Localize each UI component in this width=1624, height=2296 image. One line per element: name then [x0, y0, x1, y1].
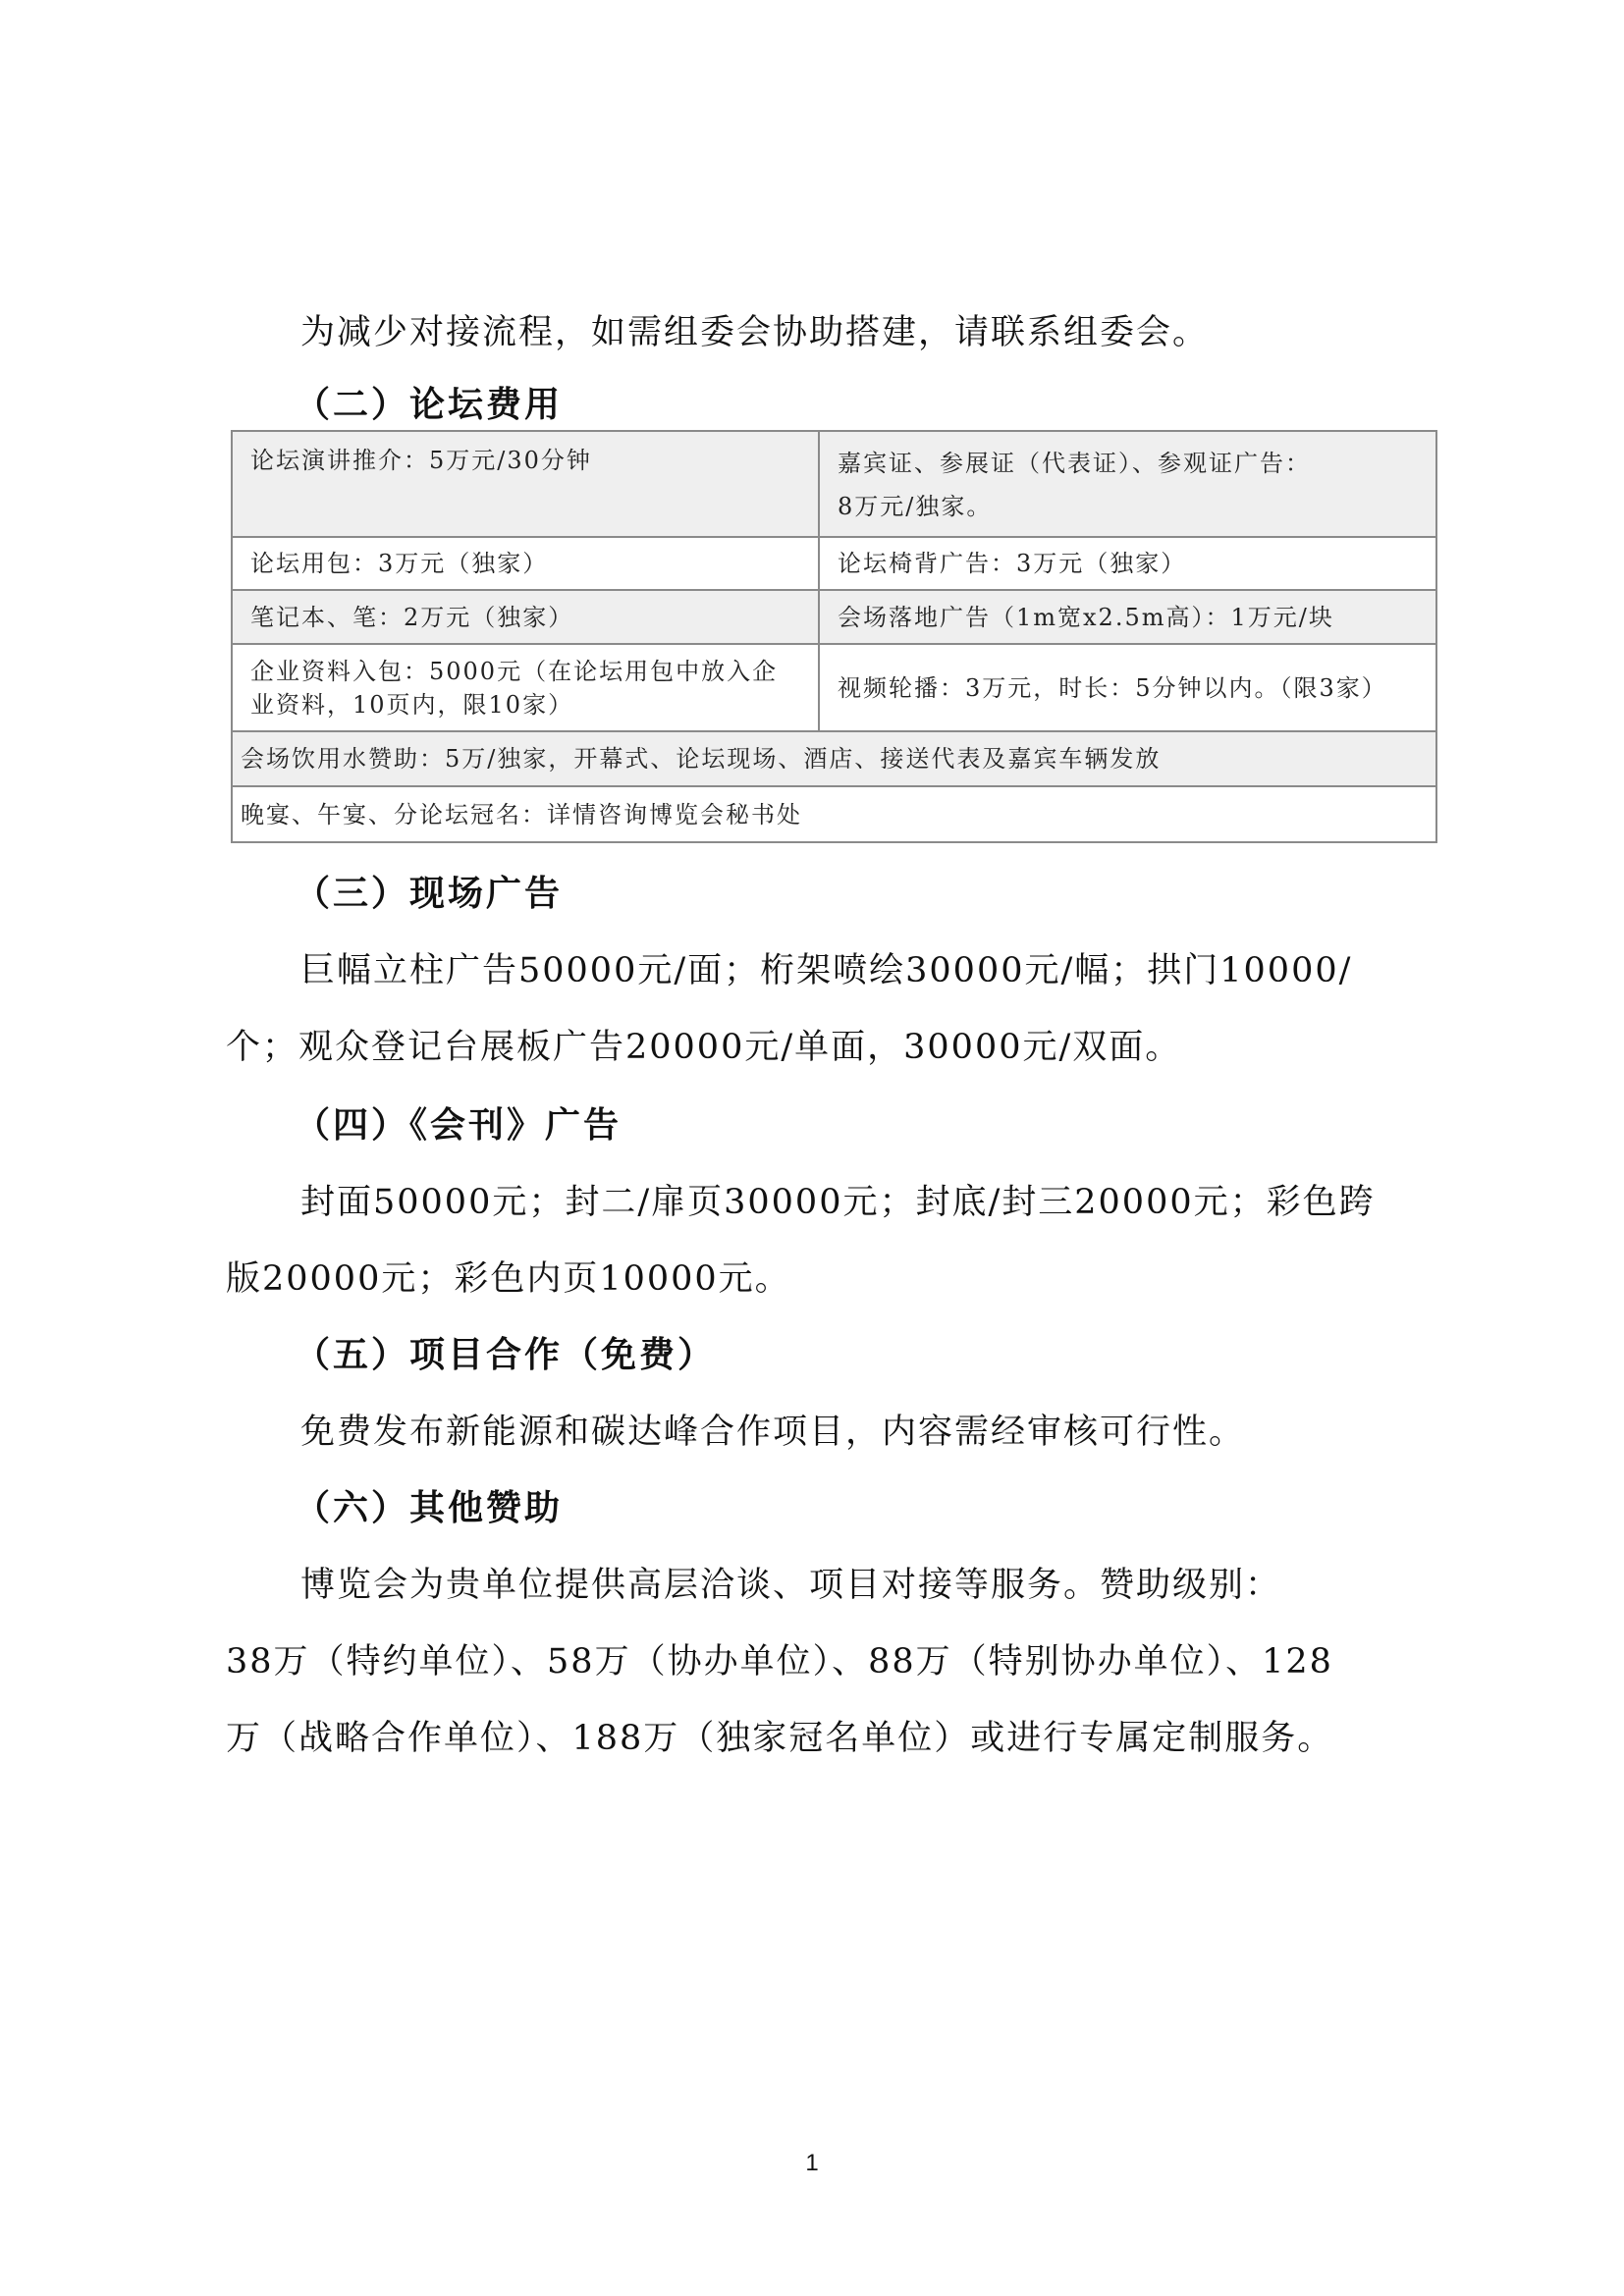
table-row: 会场饮用水赞助：5万/独家，开幕式、论坛现场、酒店、接送代表及嘉宾车辆发放	[232, 731, 1436, 786]
intro-paragraph: 为减少对接流程，如需组委会协助搭建，请联系组委会。	[226, 294, 1443, 371]
section-heading-other-sponsor: （六）其他赞助	[295, 1480, 563, 1530]
table-row: 论坛演讲推介：5万元/30分钟 嘉宾证、参展证（代表证）、参观证广告： 8万元/…	[232, 431, 1436, 537]
table-row: 晚宴、午宴、分论坛冠名：详情咨询博览会秘书处	[232, 786, 1436, 842]
table-cell: 会场饮用水赞助：5万/独家，开幕式、论坛现场、酒店、接送代表及嘉宾车辆发放	[232, 731, 1436, 786]
onsite-ads-line-2: 个；观众登记台展板广告20000元/单面，30000元/双面。	[226, 1009, 1443, 1086]
forum-fees-table: 论坛演讲推介：5万元/30分钟 嘉宾证、参展证（代表证）、参观证广告： 8万元/…	[231, 430, 1437, 843]
table-cell: 企业资料入包：5000元（在论坛用包中放入企业资料，10页内，限10家）	[232, 644, 819, 731]
table-cell: 论坛用包：3万元（独家）	[232, 537, 819, 590]
page-number: 1	[0, 2150, 1624, 2177]
table-cell: 视频轮播：3万元，时长：5分钟以内。（限3家）	[819, 644, 1436, 731]
project-coop-line-1: 免费发布新能源和碳达峰合作项目，内容需经审核可行性。	[226, 1394, 1443, 1470]
document-page: 为减少对接流程，如需组委会协助搭建，请联系组委会。 （二）论坛费用 论坛演讲推介…	[0, 0, 1624, 2296]
cell-line: 嘉宾证、参展证（代表证）、参观证广告：	[838, 442, 1418, 485]
section-heading-forum-fees: （二）论坛费用	[295, 377, 563, 427]
table-row: 笔记本、笔：2万元（独家） 会场落地广告（1m宽x2.5m高）：1万元/块	[232, 590, 1436, 644]
table-cell: 嘉宾证、参展证（代表证）、参观证广告： 8万元/独家。	[819, 431, 1436, 537]
section-heading-journal-ads: （四）《会刊》广告	[295, 1097, 622, 1148]
other-sponsor-line-2: 38万（特约单位）、58万（协办单位）、88万（特别协办单位）、128	[226, 1624, 1443, 1700]
table-cell: 论坛演讲推介：5万元/30分钟	[232, 431, 819, 537]
table-row: 论坛用包：3万元（独家） 论坛椅背广告：3万元（独家）	[232, 537, 1436, 590]
section-heading-onsite-ads: （三）现场广告	[295, 866, 563, 916]
table-cell: 会场落地广告（1m宽x2.5m高）：1万元/块	[819, 590, 1436, 644]
table-cell: 晚宴、午宴、分论坛冠名：详情咨询博览会秘书处	[232, 786, 1436, 842]
other-sponsor-line-3: 万（战略合作单位）、188万（独家冠名单位）或进行专属定制服务。	[226, 1700, 1443, 1777]
journal-ads-line-2: 版20000元；彩色内页10000元。	[226, 1241, 1443, 1317]
journal-ads-line-1: 封面50000元；封二/扉页30000元；封底/封三20000元；彩色跨	[226, 1164, 1443, 1241]
table-row: 企业资料入包：5000元（在论坛用包中放入企业资料，10页内，限10家） 视频轮…	[232, 644, 1436, 731]
table-cell: 论坛椅背广告：3万元（独家）	[819, 537, 1436, 590]
other-sponsor-line-1: 博览会为贵单位提供高层洽谈、项目对接等服务。赞助级别：	[226, 1547, 1443, 1624]
cell-line: 8万元/独家。	[838, 485, 1418, 528]
onsite-ads-line-1: 巨幅立柱广告50000元/面；桁架喷绘30000元/幅；拱门10000/	[226, 933, 1443, 1009]
section-heading-project-coop: （五）项目合作（免费）	[295, 1327, 716, 1377]
table-cell: 笔记本、笔：2万元（独家）	[232, 590, 819, 644]
